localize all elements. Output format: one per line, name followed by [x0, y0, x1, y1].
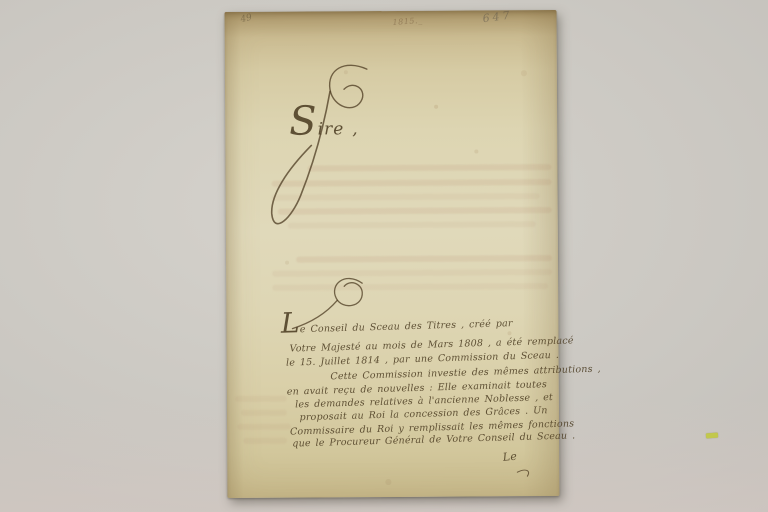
manuscript-page: 49 1815._ 647 — [225, 10, 560, 498]
letter-line-1: Le Conseil du Sceau des Titres , créé pa… — [281, 311, 513, 337]
yellow-reference-mark — [706, 433, 718, 439]
letter-body: Le Conseil du Sceau des Titres , créé pa… — [216, 4, 562, 499]
photo-backdrop: 49 1815._ 647 — [0, 0, 768, 512]
catchword: Le — [502, 451, 517, 464]
